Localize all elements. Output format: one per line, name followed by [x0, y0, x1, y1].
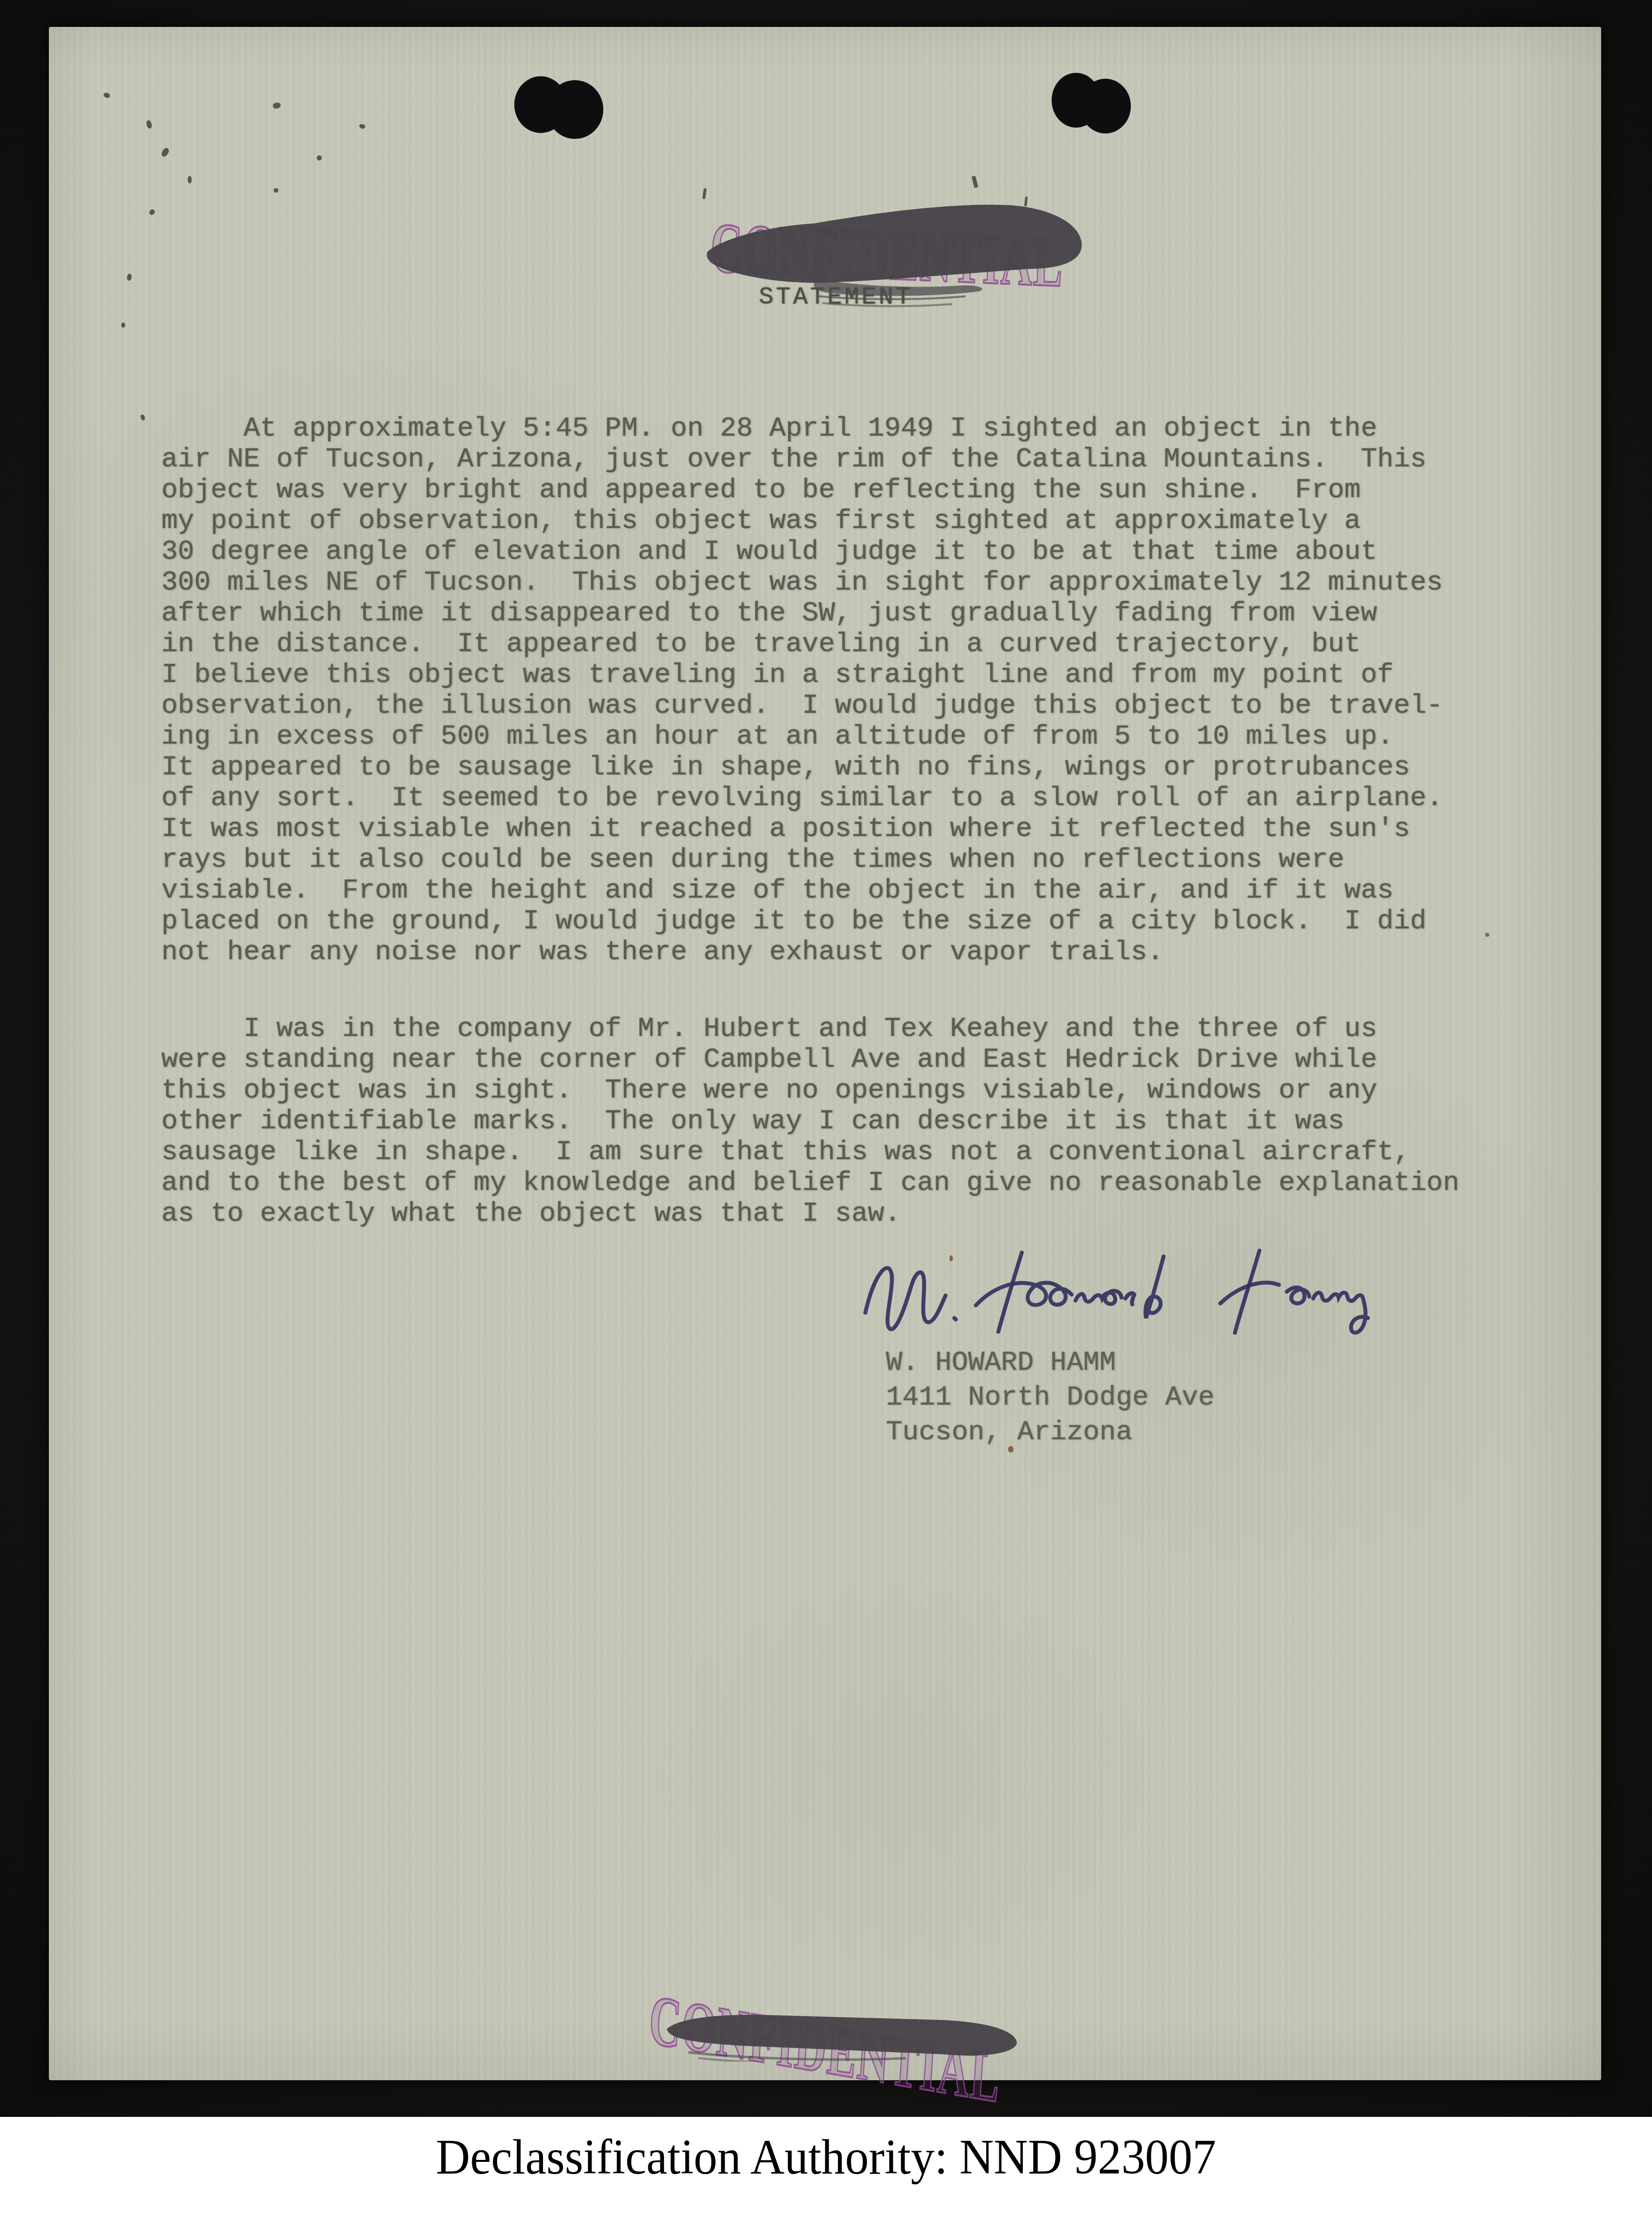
typewritten-line: sausage like in shape. I am sure that th… — [161, 1137, 1459, 1167]
typewritten-line: I was in the company of Mr. Hubert and T… — [161, 1013, 1459, 1044]
signer-name: W. HOWARD HAMM — [886, 1345, 1214, 1380]
typewritten-line: I believe this object was traveling in a… — [161, 660, 1459, 690]
typewritten-line: 300 miles NE of Tucson. This object was … — [161, 567, 1459, 598]
typewritten-line: It was most visiable when it reached a p… — [161, 814, 1459, 844]
typewritten-line: placed on the ground, I would judge it t… — [161, 906, 1459, 937]
typewritten-line: after which time it disappeared to the S… — [161, 598, 1459, 629]
signer-block: W. HOWARD HAMM 1411 North Dodge Ave Tucs… — [886, 1345, 1214, 1450]
typewritten-line: other identifiable marks. The only way I… — [161, 1106, 1459, 1137]
typewritten-line: rays but it also could be seen during th… — [161, 844, 1459, 875]
document-title: STATEMENT — [759, 284, 913, 311]
signer-address: 1411 North Dodge Ave — [886, 1380, 1214, 1415]
scanned-document-page: CONFIDENTIAL STATEMENT At approximately … — [0, 0, 1652, 2222]
typewritten-line: and to the best of my knowledge and beli… — [161, 1167, 1459, 1198]
typewritten-line: 30 degree angle of elevation and I would… — [161, 536, 1459, 567]
typewritten-line: of any sort. It seemed to be revolving s… — [161, 783, 1459, 814]
typewritten-line: this object was in sight. There were no … — [161, 1075, 1459, 1106]
paragraph-2: I was in the company of Mr. Hubert and T… — [161, 1013, 1459, 1229]
typewritten-line: object was very bright and appeared to b… — [161, 475, 1459, 506]
paper-speck — [274, 188, 278, 193]
declassification-footer: Declassification Authority: NND 923007 — [0, 2117, 1652, 2222]
rust-speck — [1485, 933, 1489, 937]
statement-body: At approximately 5:45 PM. on 28 April 19… — [161, 413, 1459, 1229]
declassification-authority-text: Declassification Authority: NND 923007 — [41, 2129, 1610, 2186]
typewritten-line: visiable. From the height and size of th… — [161, 875, 1459, 906]
paper-speck — [121, 323, 125, 328]
typewritten-line: observation, the illusion was curved. I … — [161, 690, 1459, 721]
paragraph-1: At approximately 5:45 PM. on 28 April 19… — [161, 413, 1459, 968]
typewritten-line: were standing near the corner of Campbel… — [161, 1044, 1459, 1075]
typewritten-line: in the distance. It appeared to be trave… — [161, 629, 1459, 660]
typewritten-line: It appeared to be sausage like in shape,… — [161, 752, 1459, 783]
rust-speck — [949, 1255, 953, 1261]
typewritten-line: not hear any noise nor was there any exh… — [161, 937, 1459, 968]
paper-speck — [317, 155, 322, 160]
typewritten-line: my point of observation, this object was… — [161, 506, 1459, 536]
typewritten-line: as to exactly what the object was that I… — [161, 1198, 1459, 1229]
paper-speck — [188, 176, 192, 183]
typewritten-line: ing in excess of 500 miles an hour at an… — [161, 721, 1459, 752]
signer-city: Tucson, Arizona — [886, 1415, 1214, 1450]
typewritten-line: At approximately 5:45 PM. on 28 April 19… — [161, 413, 1459, 444]
typewritten-line: air NE of Tucson, Arizona, just over the… — [161, 444, 1459, 475]
